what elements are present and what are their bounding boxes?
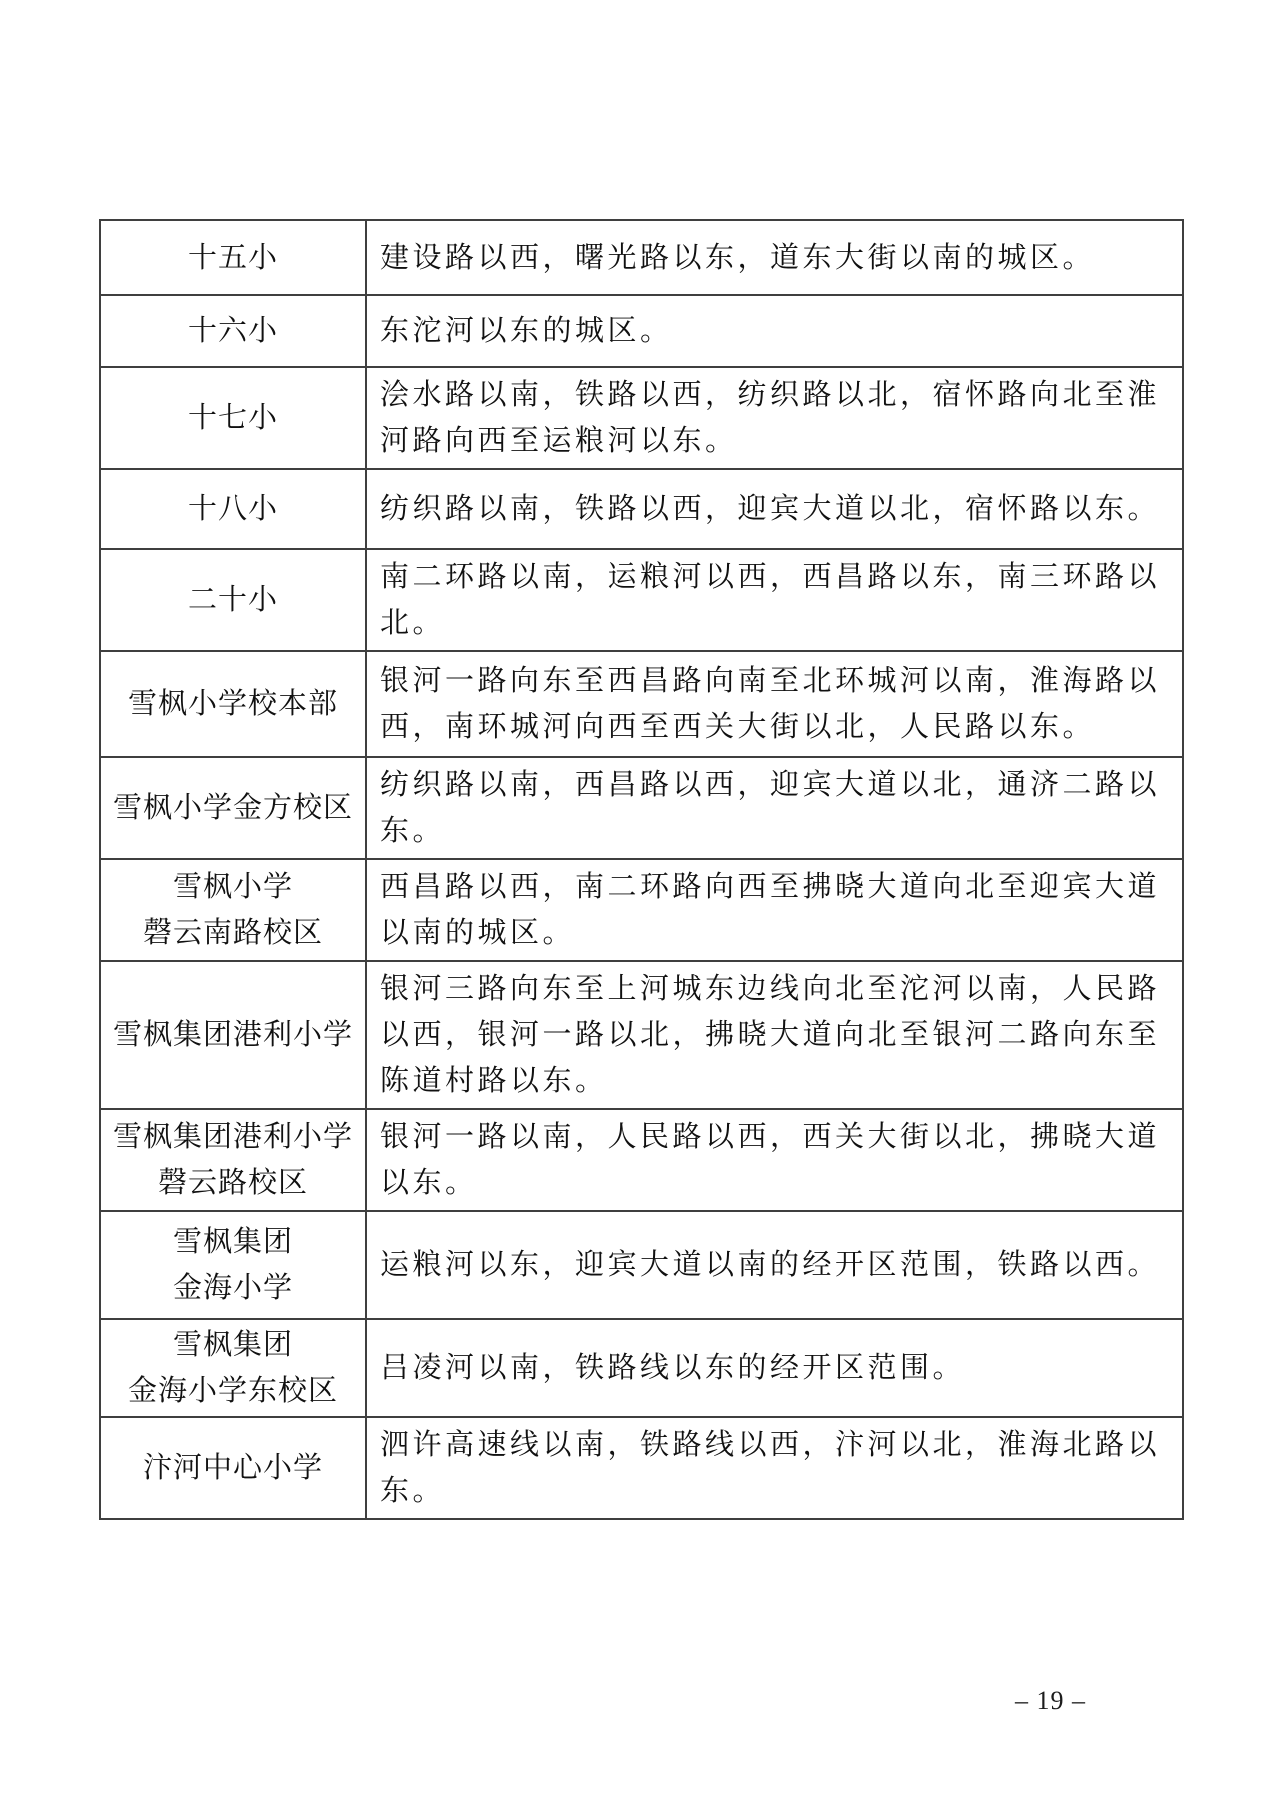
table-row: 十八小 纺织路以南，铁路以西，迎宾大道以北，宿怀路以东。 — [100, 469, 1183, 549]
school-name-line1: 汴河中心小学 — [105, 1445, 361, 1491]
district-description-cell: 南二环路以南，运粮河以西，西昌路以东，南三环路以北。 — [366, 549, 1183, 651]
school-name-line1: 雪枫小学 — [105, 864, 361, 910]
school-name-cell: 十六小 — [100, 295, 366, 367]
school-name-cell: 雪枫小学金方校区 — [100, 757, 366, 859]
table-row: 汴河中心小学 泗许高速线以南，铁路线以西，汴河以北，淮海北路以东。 — [100, 1417, 1183, 1519]
table-row: 十七小 浍水路以南，铁路以西，纺织路以北，宿怀路向北至淮河路向西至运粮河以东。 — [100, 367, 1183, 469]
district-description-cell: 泗许高速线以南，铁路线以西，汴河以北，淮海北路以东。 — [366, 1417, 1183, 1519]
table-row: 雪枫集团 金海小学 运粮河以东，迎宾大道以南的经开区范围，铁路以西。 — [100, 1211, 1183, 1319]
school-name-line1: 雪枫集团港利小学 — [105, 1114, 361, 1160]
school-name-cell: 雪枫集团港利小学 — [100, 961, 366, 1109]
page-number: – 19 – — [1015, 1686, 1145, 1716]
district-description-cell: 浍水路以南，铁路以西，纺织路以北，宿怀路向北至淮河路向西至运粮河以东。 — [366, 367, 1183, 469]
school-name-line2: 金海小学 — [105, 1265, 361, 1311]
table-row: 雪枫集团 金海小学东校区 吕凌河以南，铁路线以东的经开区范围。 — [100, 1319, 1183, 1417]
school-name-cell: 雪枫小学 磬云南路校区 — [100, 859, 366, 961]
school-name-line1: 十五小 — [105, 235, 361, 281]
school-name-cell: 十七小 — [100, 367, 366, 469]
school-name-cell: 雪枫集团 金海小学东校区 — [100, 1319, 366, 1417]
table-row: 二十小 南二环路以南，运粮河以西，西昌路以东，南三环路以北。 — [100, 549, 1183, 651]
district-description-cell: 纺织路以南，铁路以西，迎宾大道以北，宿怀路以东。 — [366, 469, 1183, 549]
school-name-line1: 雪枫集团 — [105, 1322, 361, 1368]
district-description-cell: 吕凌河以南，铁路线以东的经开区范围。 — [366, 1319, 1183, 1417]
table-row: 雪枫小学金方校区 纺织路以南，西昌路以西，迎宾大道以北，通济二路以东。 — [100, 757, 1183, 859]
table-row: 雪枫小学校本部 银河一路向东至西昌路向南至北环城河以南，淮海路以西，南环城河向西… — [100, 651, 1183, 757]
school-name-line2: 磬云路校区 — [105, 1160, 361, 1206]
school-name-line1: 雪枫小学校本部 — [105, 681, 361, 727]
school-name-line1: 十七小 — [105, 395, 361, 441]
school-name-line1: 十八小 — [105, 486, 361, 532]
school-name-line2: 金海小学东校区 — [105, 1368, 361, 1414]
school-name-cell: 雪枫集团 金海小学 — [100, 1211, 366, 1319]
school-name-cell: 雪枫集团港利小学 磬云路校区 — [100, 1109, 366, 1211]
school-name-cell: 二十小 — [100, 549, 366, 651]
district-description-cell: 银河三路向东至上河城东边线向北至沱河以南，人民路以西，银河一路以北，拂晓大道向北… — [366, 961, 1183, 1109]
school-district-table: 十五小 建设路以西，曙光路以东，道东大街以南的城区。 十六小 东沱河以东的城区。… — [99, 219, 1184, 1520]
school-name-line1: 雪枫集团港利小学 — [105, 1012, 361, 1058]
school-name-cell: 雪枫小学校本部 — [100, 651, 366, 757]
school-name-line1: 十六小 — [105, 308, 361, 354]
table-row: 雪枫小学 磬云南路校区 西昌路以西，南二环路向西至拂晓大道向北至迎宾大道以南的城… — [100, 859, 1183, 961]
district-description-cell: 银河一路以南，人民路以西，西关大街以北，拂晓大道以东。 — [366, 1109, 1183, 1211]
table-row: 十六小 东沱河以东的城区。 — [100, 295, 1183, 367]
district-description-cell: 银河一路向东至西昌路向南至北环城河以南，淮海路以西，南环城河向西至西关大街以北，… — [366, 651, 1183, 757]
district-description-cell: 东沱河以东的城区。 — [366, 295, 1183, 367]
school-name-line1: 二十小 — [105, 577, 361, 623]
school-name-cell: 十五小 — [100, 220, 366, 295]
school-name-line2: 磬云南路校区 — [105, 910, 361, 956]
school-name-cell: 汴河中心小学 — [100, 1417, 366, 1519]
school-name-line1: 雪枫集团 — [105, 1219, 361, 1265]
table-row: 十五小 建设路以西，曙光路以东，道东大街以南的城区。 — [100, 220, 1183, 295]
district-description-cell: 纺织路以南，西昌路以西，迎宾大道以北，通济二路以东。 — [366, 757, 1183, 859]
school-name-cell: 十八小 — [100, 469, 366, 549]
district-description-cell: 建设路以西，曙光路以东，道东大街以南的城区。 — [366, 220, 1183, 295]
school-name-line1: 雪枫小学金方校区 — [105, 785, 361, 831]
district-description-cell: 西昌路以西，南二环路向西至拂晓大道向北至迎宾大道以南的城区。 — [366, 859, 1183, 961]
document-page: 十五小 建设路以西，曙光路以东，道东大街以南的城区。 十六小 东沱河以东的城区。… — [0, 0, 1280, 1810]
table-row: 雪枫集团港利小学 银河三路向东至上河城东边线向北至沱河以南，人民路以西，银河一路… — [100, 961, 1183, 1109]
district-description-cell: 运粮河以东，迎宾大道以南的经开区范围，铁路以西。 — [366, 1211, 1183, 1319]
table-row: 雪枫集团港利小学 磬云路校区 银河一路以南，人民路以西，西关大街以北，拂晓大道以… — [100, 1109, 1183, 1211]
